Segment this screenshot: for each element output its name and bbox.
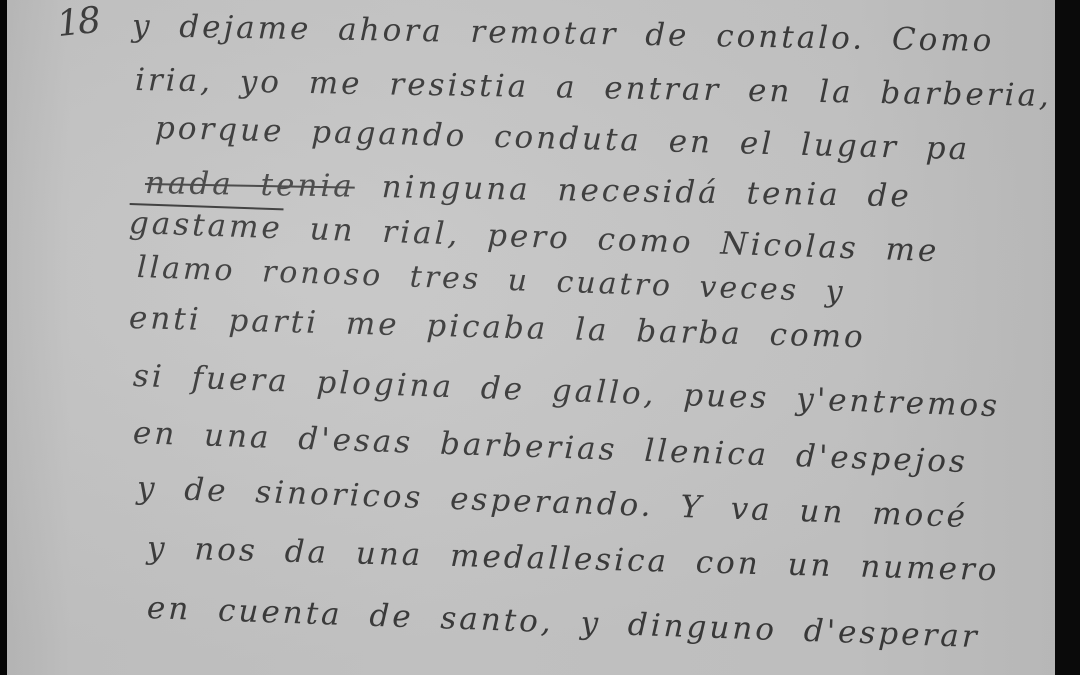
line-text: iria, yo me resistia a entrar en la barb… — [135, 62, 1052, 114]
scanned-manuscript: 18 y dejame ahora remotar de contalo. Co… — [0, 0, 1080, 675]
line-text: si fuera plogina de gallo, pues y'entrem… — [132, 358, 1000, 424]
line-text: en cuenta de santo, y dinguno d'esperar — [146, 590, 980, 655]
manuscript-line-4: nada tenia ninguna necesidá tenia de — [145, 165, 912, 214]
scan-border-right — [1055, 0, 1080, 675]
manuscript-line-8: si fuera plogina de gallo, pues y'entrem… — [132, 358, 1000, 424]
line-text: porque pagando conduta en el lugar pa — [155, 110, 971, 167]
manuscript-line-2: iria, yo me resistia a entrar en la barb… — [135, 62, 1052, 114]
overlined-text: gastame — [128, 205, 283, 246]
manuscript-paper: 18 y dejame ahora remotar de contalo. Co… — [7, 0, 1055, 675]
manuscript-line-9: en una d'esas barberias llenica d'espejo… — [132, 415, 968, 480]
manuscript-line-1: y dejame ahora remotar de contalo. Como — [132, 8, 995, 59]
page-number: 18 — [55, 0, 101, 45]
manuscript-line-10: y de sinoricos esperando. Y va un mocé — [136, 470, 968, 535]
line-text: y nos da una medallesica con un numero — [147, 530, 1000, 588]
line-text: en una d'esas barberias llenica d'espejo… — [132, 415, 968, 480]
scan-border-left — [0, 0, 7, 675]
manuscript-line-12: en cuenta de santo, y dinguno d'esperar — [146, 590, 980, 655]
line-text: enti parti me picaba la barba como — [129, 300, 867, 355]
line-text: y de sinoricos esperando. Y va un mocé — [136, 470, 968, 535]
manuscript-line-3: porque pagando conduta en el lugar pa — [155, 110, 971, 167]
manuscript-line-11: y nos da una medallesica con un numero — [147, 530, 1000, 588]
struck-text: nada tenia — [145, 165, 355, 205]
manuscript-line-7: enti parti me picaba la barba como — [129, 300, 867, 355]
line-text: y dejame ahora remotar de contalo. Como — [132, 8, 995, 59]
line-text: ninguna necesidá tenia de — [381, 169, 912, 214]
